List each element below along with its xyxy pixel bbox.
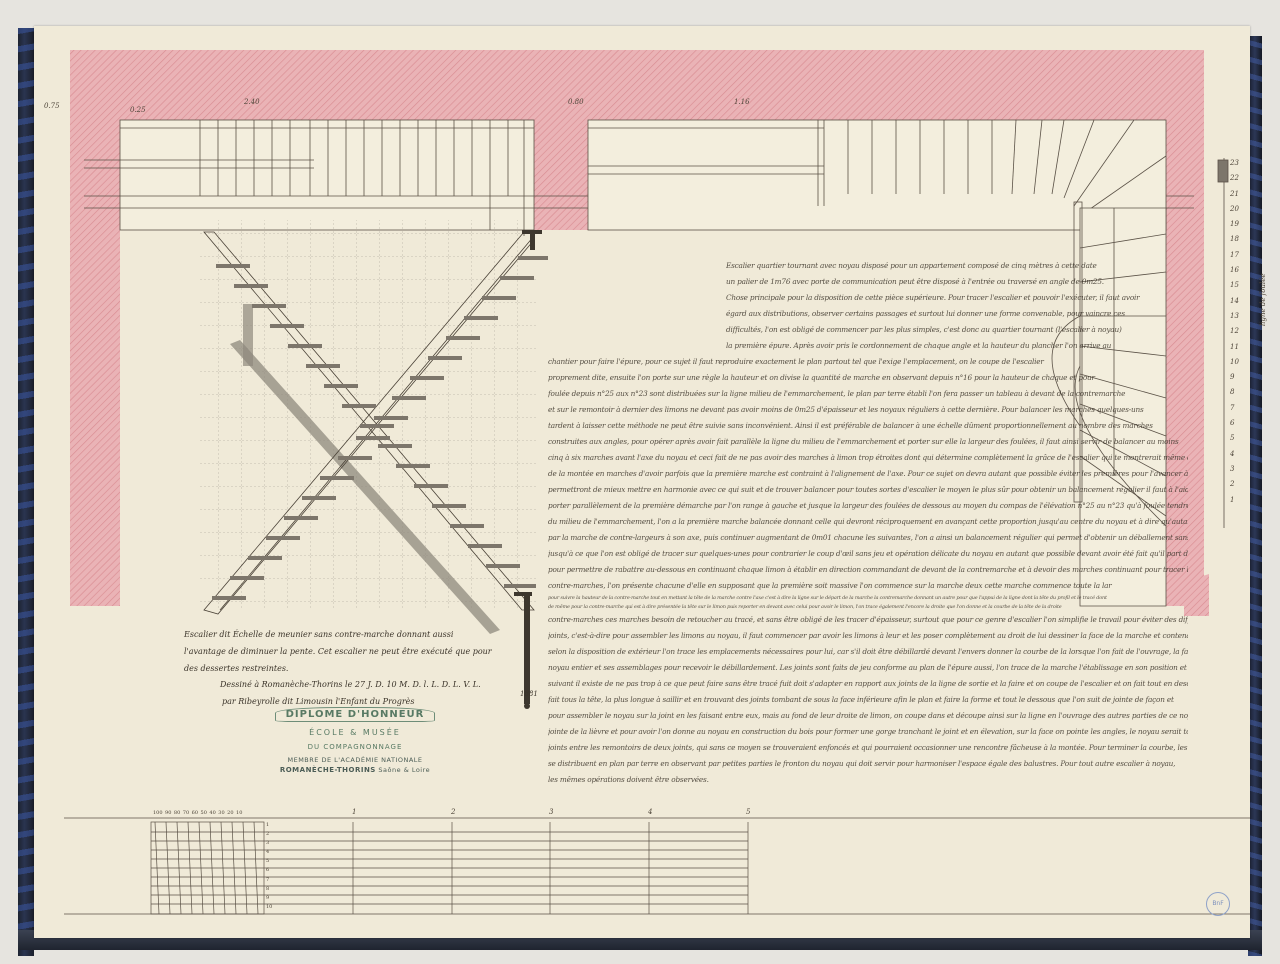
main-text-body: chantier pour faire l'épure, pour ce suj… [548, 354, 1188, 788]
scale-major-label: 4 [648, 808, 652, 816]
drawing-sheet: 0.75 0.25 2.40 0.80 1.16 23 22 21 20 19 … [34, 26, 1250, 938]
dimension-label: 0.80 [568, 98, 584, 106]
scale-major-label: 2 [451, 808, 455, 816]
bottom-scale [64, 818, 1250, 914]
diploma-stamp: DIPLOME D'HONNEUR ÉCOLE & MUSÉE DU COMPA… [270, 702, 440, 812]
scale-major-label: 5 [746, 808, 750, 816]
height-scale-label: ligne de foulée [1259, 273, 1267, 326]
book-binding-left [18, 28, 34, 956]
library-stamp: BnF [1206, 892, 1230, 916]
dimension-label: 1.16 [734, 98, 750, 106]
dimension-label: 0.75 [44, 102, 60, 110]
plan-right-flight [588, 120, 1166, 230]
scale-major-label: 3 [549, 808, 553, 816]
stamp-banner: DIPLOME D'HONNEUR [275, 707, 436, 722]
elevation-caption: Escalier dit Échelle de meunier sans con… [184, 626, 492, 677]
main-text-upper: Escalier quartier tournant avec noyau di… [726, 258, 1186, 354]
bottom-scale-fine-labels: 100 90 80 70 60 50 40 30 20 10 [153, 810, 242, 816]
elevation-grid [198, 220, 538, 610]
scale-major-label: 1 [352, 808, 356, 816]
dimension-label: 0.25 [130, 106, 146, 114]
height-scale [1218, 158, 1228, 528]
bottom-scale-row-labels: 1 2 3 4 5 6 7 8 9 10 [266, 821, 272, 912]
dimension-label: 2.40 [244, 98, 260, 106]
book-binding-right [1248, 36, 1262, 956]
signature-year: 1881 [520, 686, 538, 703]
height-scale-labels: 23 22 21 20 19 18 17 16 15 14 13 12 11 1… [1230, 156, 1239, 508]
